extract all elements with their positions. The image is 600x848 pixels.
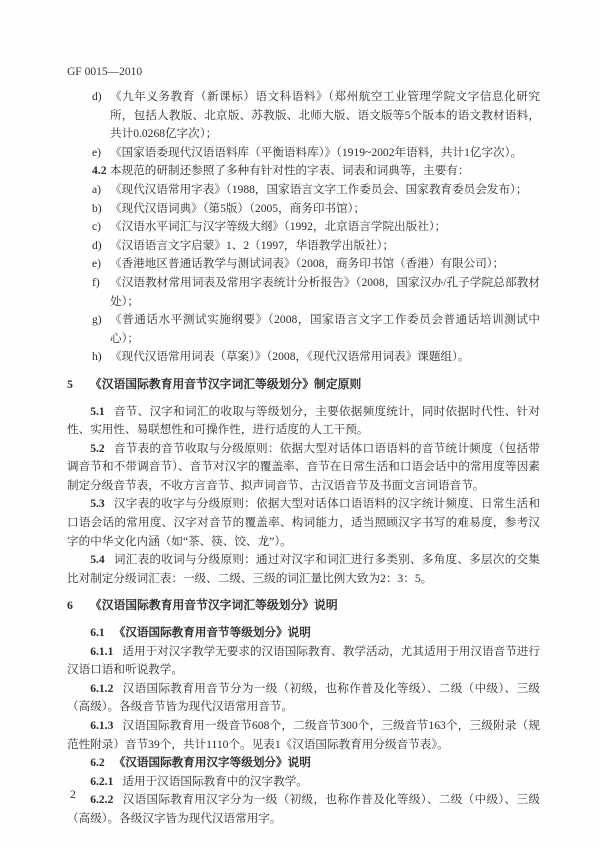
clause-6-2-2: 6.2.2汉语国际教育用汉字分为一级（初级，也称作普及化等级）、二级（中级）、三… xyxy=(67,791,540,828)
list-item-text: 《汉语教材常用词表及常用字表统计分析报告》（2008，国家汉办/孔子学院总部教材… xyxy=(110,274,540,311)
list-item: g) 《普通话水平测试实施纲要》（2008，国家语言文字工作委员会普通话培训测试… xyxy=(92,311,540,348)
clause-text: 汉语国际教育用音节分为一级（初级，也称作普及化等级）、二级（中级）、三级（高级）… xyxy=(67,682,540,714)
clause-5-2: 5.2音节表的音节收取与分级原则：依据大型对话体口语语料的音节统计频度（包括带调… xyxy=(67,440,540,496)
list-item-text: 《国家语委现代汉语语料库（平衡语料库）》（1919~2002年语料，共计1亿字次… xyxy=(110,144,540,163)
list-item-text: 《汉语水平词汇与汉字等级大纲》（1992，北京语言学院出版社）； xyxy=(110,218,540,237)
list-item-text: 《香港地区普通话教学与测试词表》（2008，商务印书馆（香港）有限公司）； xyxy=(110,255,540,274)
list-item-label: h) xyxy=(92,348,110,367)
clause-5-1: 5.1音节、汉字和词汇的收取与等级划分，主要依据频度统计，同时依据时代性、针对性… xyxy=(67,403,540,440)
section-number: 5 xyxy=(67,377,73,391)
clause-5-3: 5.3汉字表的收字与分级原则：依据大型对话体口语语料的汉字统计频度、日常生活和口… xyxy=(67,495,540,551)
clause-6-1-heading: 6.1《汉语国际教育用音节等级划分》说明 xyxy=(67,624,540,643)
page-number: 2 xyxy=(70,789,76,801)
clause-5-4: 5.4词汇表的收词与分级原则：通过对汉字和词汇进行多类别、多角度、多层次的交集比… xyxy=(67,551,540,588)
document-page: GF 0015—2010 d) 《九年义务教育（新课标）语文科语料》（郑州航空工… xyxy=(0,0,600,848)
document-code-header: GF 0015—2010 xyxy=(67,66,540,79)
clause-text: 汉语国际教育用汉字分为一级（初级，也称作普及化等级）、二级（中级）、三级（高级）… xyxy=(67,793,540,825)
clause-number: 6.2.1 xyxy=(90,775,113,788)
list-item-label: e) xyxy=(92,255,110,274)
clause-6-1-2: 6.1.2汉语国际教育用音节分为一级（初级，也称作普及化等级）、二级（中级）、三… xyxy=(67,680,540,717)
section-5-heading: 5《汉语国际教育用音节汉字词汇等级划分》制定原则 xyxy=(67,375,540,394)
clause-4-2: 4.2 本规范的研制还参照了多种有针对性的字表、词表和词典等，主要有： xyxy=(92,162,540,181)
list-item-text: 《九年义务教育（新课标）语文科语料》（郑州航空工业管理学院文字信息化研究所，包括… xyxy=(110,88,540,144)
list-item-label: d) xyxy=(92,237,110,256)
list-item-label: f) xyxy=(92,274,110,311)
clause-number: 5.3 xyxy=(90,497,105,510)
clause-text: 适用于对汉字教学无要求的汉语国际教育、教学活动，尤其适用于用汉语音节进行汉语口语… xyxy=(67,645,540,677)
list-item-text: 《普通话水平测试实施纲要》（2008，国家语言文字工作委员会普通话培训测试中心）… xyxy=(110,311,540,348)
document-body: d) 《九年义务教育（新课标）语文科语料》（郑州航空工业管理学院文字信息化研究所… xyxy=(67,88,540,829)
list-item-label: g) xyxy=(92,311,110,348)
clause-number: 6.1 xyxy=(90,626,105,639)
list-item-label: e) xyxy=(92,144,110,163)
list-item-label: d) xyxy=(92,88,110,144)
list-item: a) 《现代汉语常用字表》（1988，国家语言文字工作委员会、国家教育委员会发布… xyxy=(92,181,540,200)
list-item: h) 《现代汉语常用词表（草案）》（2008，《现代汉语常用词表》课题组）。 xyxy=(92,348,540,367)
section-title: 《汉语国际教育用音节汉字词汇等级划分》制定原则 xyxy=(90,377,361,391)
clause-text: 音节表的音节收取与分级原则：依据大型对话体口语语料的音节统计频度（包括带调音节和… xyxy=(67,442,540,492)
list-item: e) 《国家语委现代汉语语料库（平衡语料库）》（1919~2002年语料，共计1… xyxy=(92,144,540,163)
clause-number: 6.1.1 xyxy=(90,645,113,658)
list-item: d) 《九年义务教育（新课标）语文科语料》（郑州航空工业管理学院文字信息化研究所… xyxy=(92,88,540,144)
list-item-text: 《现代汉语常用字表》（1988，国家语言文字工作委员会、国家教育委员会发布）； xyxy=(110,181,540,200)
list-item: c) 《汉语水平词汇与汉字等级大纲》（1992，北京语言学院出版社）； xyxy=(92,218,540,237)
section-title: 《汉语国际教育用音节汉字词汇等级划分》说明 xyxy=(90,598,338,612)
clause-title: 《汉语国际教育用音节等级划分》说明 xyxy=(114,626,311,639)
list-item: d) 《汉语语言文字启蒙》1、2（1997，华语教学出版社）； xyxy=(92,237,540,256)
list-item-label: a) xyxy=(92,181,110,200)
clause-number: 5.2 xyxy=(90,442,105,455)
clause-6-2-1: 6.2.1适用于汉语国际教育中的汉字教学。 xyxy=(67,773,540,792)
clause-number: 4.2 xyxy=(92,162,110,181)
list-item-text: 《现代汉语常用词表（草案）》（2008，《现代汉语常用词表》课题组）。 xyxy=(110,348,540,367)
clause-number: 6.2 xyxy=(90,756,105,769)
clause-6-1-3: 6.1.3汉语国际教育用一级音节608个，二级音节300个，三级音节163个，三… xyxy=(67,717,540,754)
clause-number: 6.1.2 xyxy=(90,682,113,695)
section-number: 6 xyxy=(67,598,73,612)
clause-text: 音节、汉字和词汇的收取与等级划分，主要依据频度统计，同时依据时代性、针对性、实用… xyxy=(67,405,540,437)
clause-title: 《汉语国际教育用汉字等级划分》说明 xyxy=(114,756,311,769)
list-item-text: 《汉语语言文字启蒙》1、2（1997，华语教学出版社）； xyxy=(110,237,540,256)
clause-text: 适用于汉语国际教育中的汉字教学。 xyxy=(122,775,308,788)
list-item: b) 《现代汉语词典》（第5版）（2005，商务印书馆）； xyxy=(92,200,540,219)
list-item: f) 《汉语教材常用词表及常用字表统计分析报告》（2008，国家汉办/孔子学院总… xyxy=(92,274,540,311)
clause-number: 6.1.3 xyxy=(90,719,113,732)
list-item-text: 《现代汉语词典》（第5版）（2005，商务印书馆）； xyxy=(110,200,540,219)
clause-text: 汉语国际教育用一级音节608个，二级音节300个，三级音节163个，三级附录（规… xyxy=(67,719,540,751)
clause-6-2-heading: 6.2《汉语国际教育用汉字等级划分》说明 xyxy=(67,754,540,773)
list-item: e) 《香港地区普通话教学与测试词表》（2008，商务印书馆（香港）有限公司）； xyxy=(92,255,540,274)
list-item-label: b) xyxy=(92,200,110,219)
section-6-heading: 6《汉语国际教育用音节汉字词汇等级划分》说明 xyxy=(67,596,540,615)
clause-number: 5.4 xyxy=(90,553,105,566)
clause-number: 6.2.2 xyxy=(90,793,113,806)
clause-6-1-1: 6.1.1适用于对汉字教学无要求的汉语国际教育、教学活动，尤其适用于用汉语音节进… xyxy=(67,643,540,680)
clause-text: 词汇表的收词与分级原则：通过对汉字和词汇进行多类别、多角度、多层次的交集比对制定… xyxy=(67,553,540,585)
clause-number: 5.1 xyxy=(90,405,105,418)
clause-text: 本规范的研制还参照了多种有针对性的字表、词表和词典等，主要有： xyxy=(110,162,540,181)
list-item-label: c) xyxy=(92,218,110,237)
clause-text: 汉字表的收字与分级原则：依据大型对话体口语语料的汉字统计频度、日常生活和口语会话… xyxy=(67,497,540,547)
